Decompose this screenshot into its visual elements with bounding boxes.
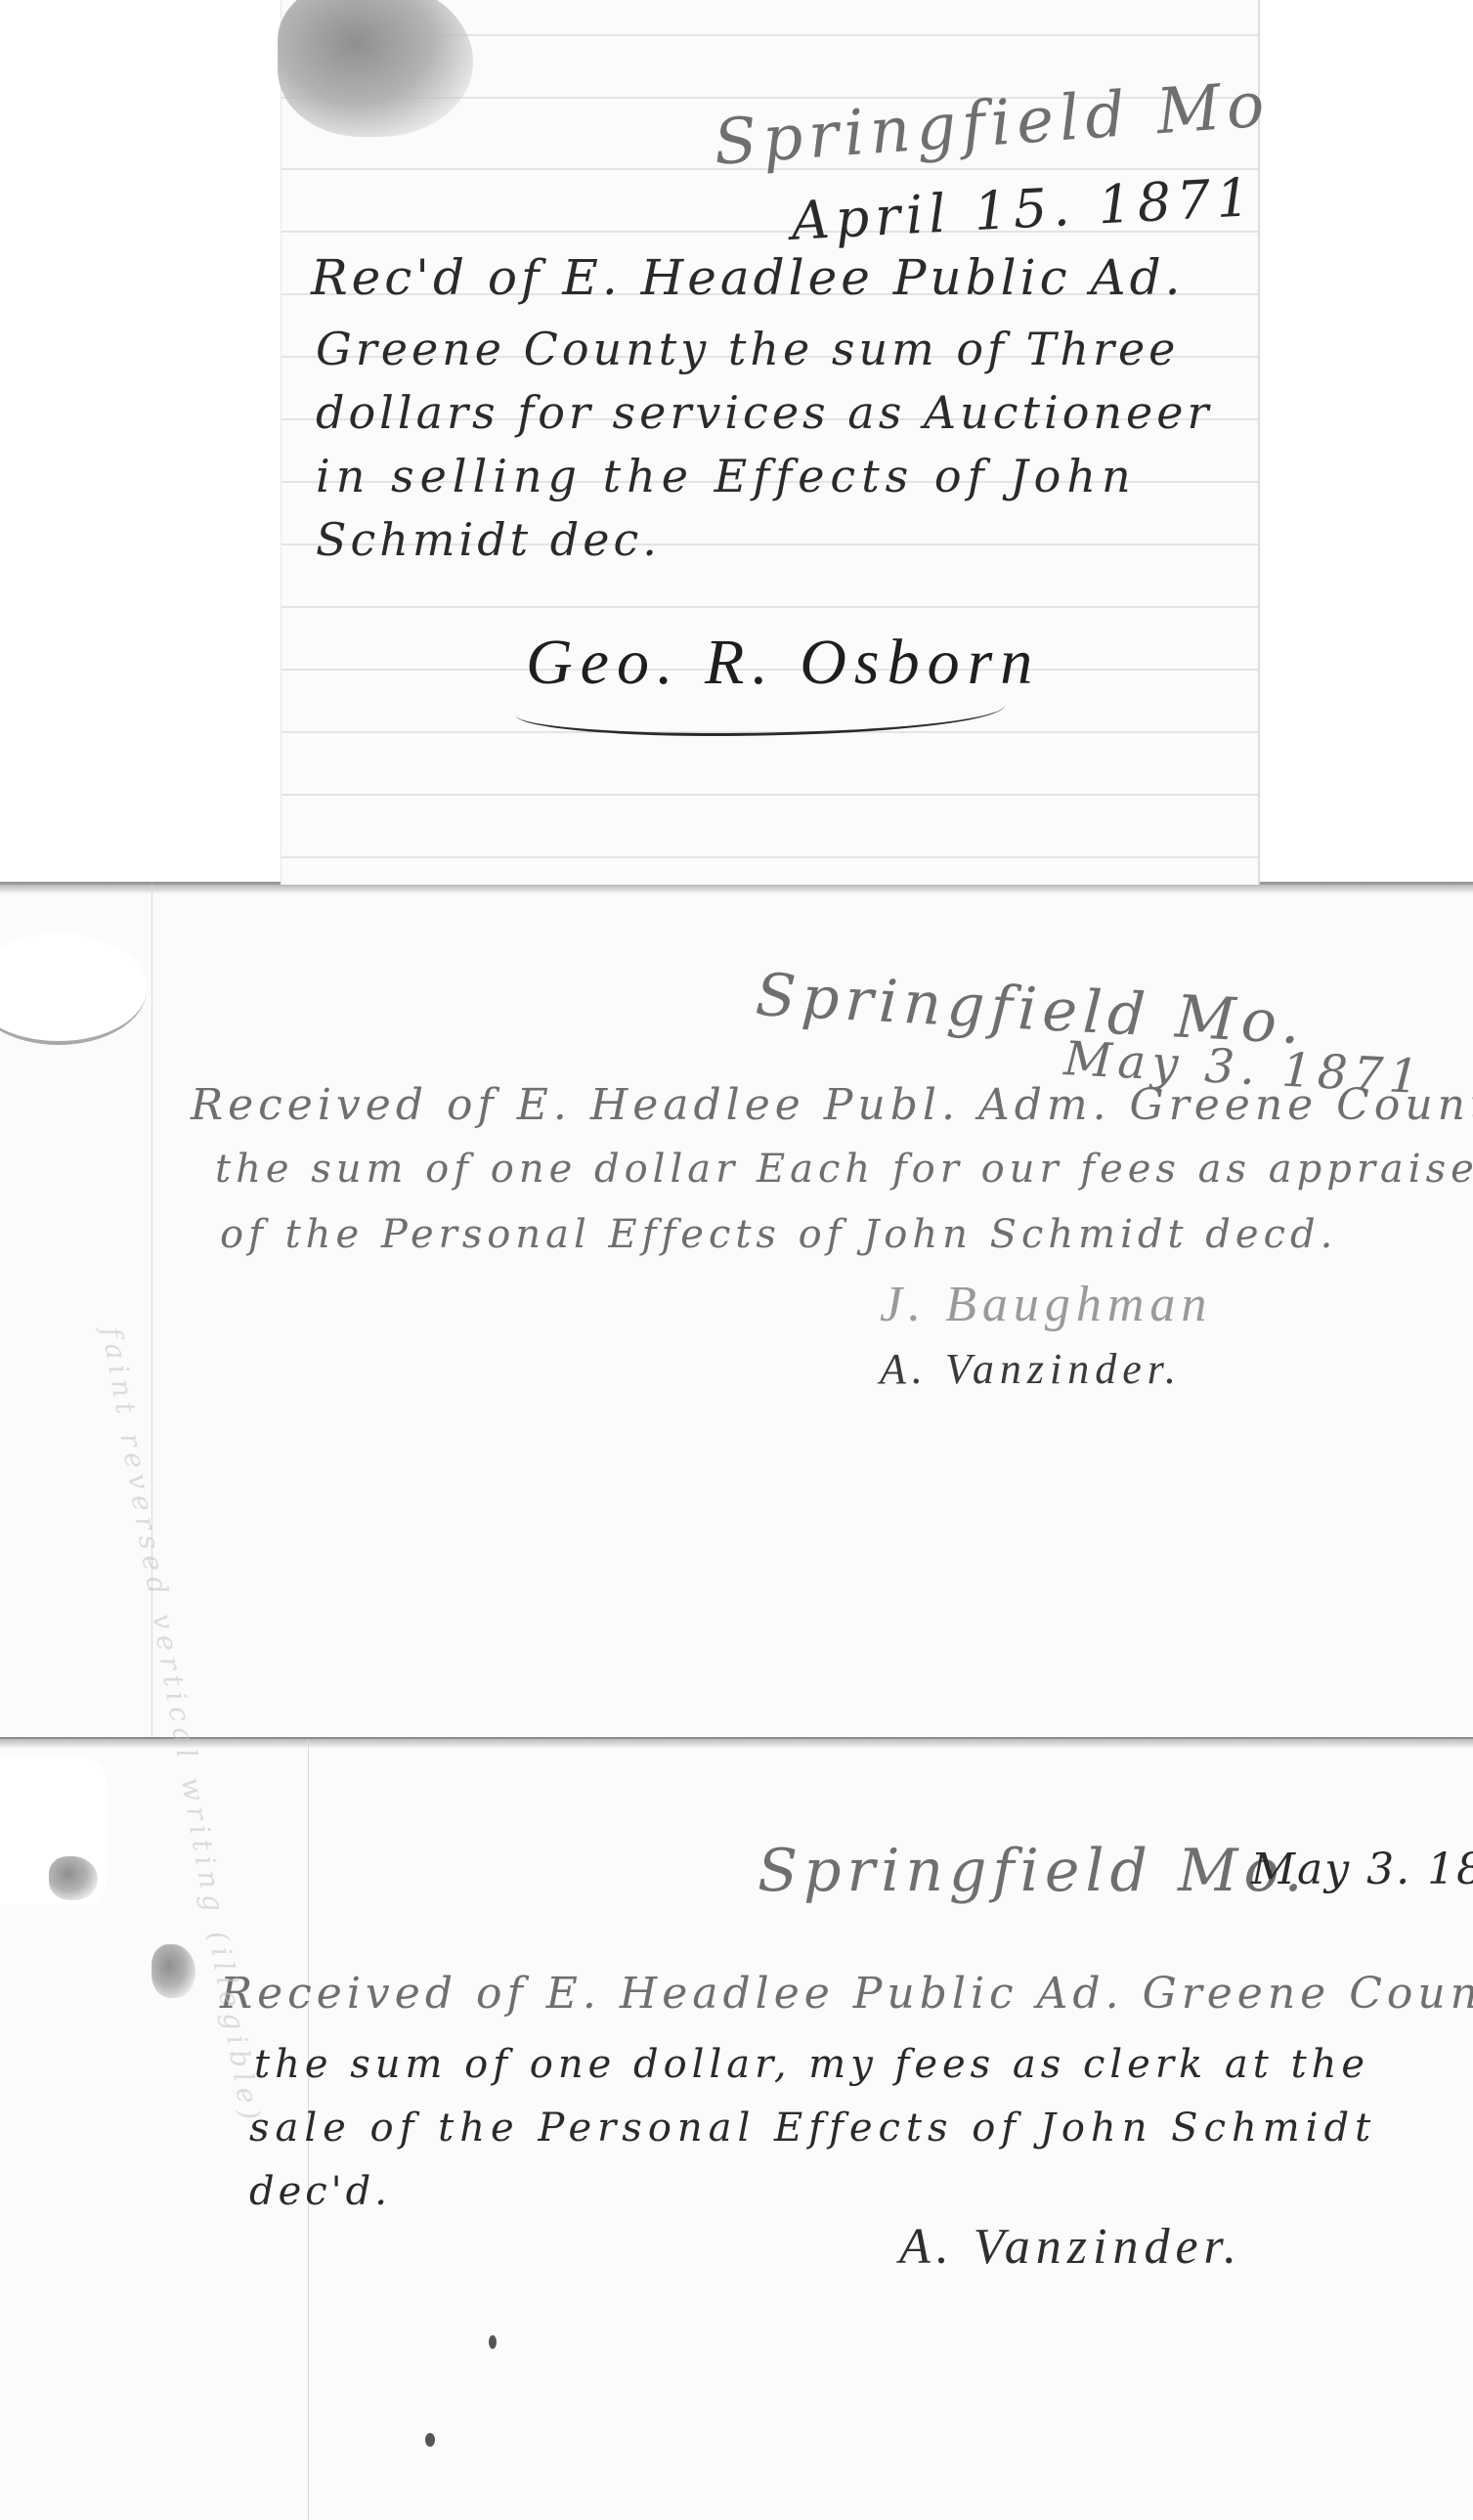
receipt-2-signature-1: J. Baughman bbox=[880, 1276, 1212, 1333]
receipt-1-place: Springfield Mo bbox=[712, 68, 1273, 180]
receipt-3-line-4: dec'd. bbox=[249, 2169, 391, 2214]
receipt-2-line-2: the sum of one dollar Each for our fees … bbox=[215, 1147, 1473, 1192]
receipt-1-line-3: dollars for services as Auctioneer bbox=[316, 386, 1212, 439]
receipt-sheet-3: Springfield Mo. May 3. 1871 Received of … bbox=[0, 1736, 1473, 2520]
ink-speck bbox=[489, 2335, 497, 2349]
receipt-1-line-5: Schmidt dec. bbox=[316, 513, 661, 566]
receipt-3-line-1: Received of E. Headlee Public Ad. Greene… bbox=[220, 1969, 1473, 2019]
torn-corner bbox=[0, 934, 147, 1045]
water-stain bbox=[278, 0, 473, 137]
receipt-3-line-2: the sum of one dollar, my fees as clerk … bbox=[254, 2042, 1369, 2087]
receipt-sheet-2: Springfield Mo. May 3. 1871 Received of … bbox=[0, 882, 1473, 1737]
signature-flourish bbox=[516, 684, 1005, 736]
receipt-2-line-1: Received of E. Headlee Publ. Adm. Greene… bbox=[191, 1080, 1473, 1130]
receipt-1-line-2: Greene County the sum of Three bbox=[316, 323, 1179, 375]
receipt-1-date: April 15. 1871 bbox=[790, 166, 1257, 252]
ink-blot bbox=[49, 1856, 98, 1900]
torn-edge-shadow bbox=[0, 1739, 1473, 1749]
receipt-1-line-1: Rec'd of E. Headlee Public Ad. bbox=[311, 249, 1185, 306]
receipt-2-line-3: of the Personal Effects of John Schmidt … bbox=[220, 1212, 1337, 1257]
receipt-3-line-3: sale of the Personal Effects of John Sch… bbox=[249, 2106, 1376, 2151]
ink-blot bbox=[152, 1944, 195, 1998]
receipt-3-date: May 3. 1871 bbox=[1251, 1845, 1473, 1894]
receipt-2-signature-2: A. Vanzinder. bbox=[880, 1344, 1182, 1394]
torn-edge-shadow bbox=[0, 885, 1473, 894]
receipt-3-signature: A. Vanzinder. bbox=[899, 2218, 1242, 2276]
receipt-1-line-4: in selling the Effects of John bbox=[316, 450, 1137, 502]
receipt-sheet-1: Springfield Mo April 15. 1871 Rec'd of E… bbox=[281, 0, 1260, 885]
receipt-3-place: Springfield Mo. bbox=[758, 1837, 1309, 1905]
ink-speck bbox=[425, 2433, 435, 2447]
